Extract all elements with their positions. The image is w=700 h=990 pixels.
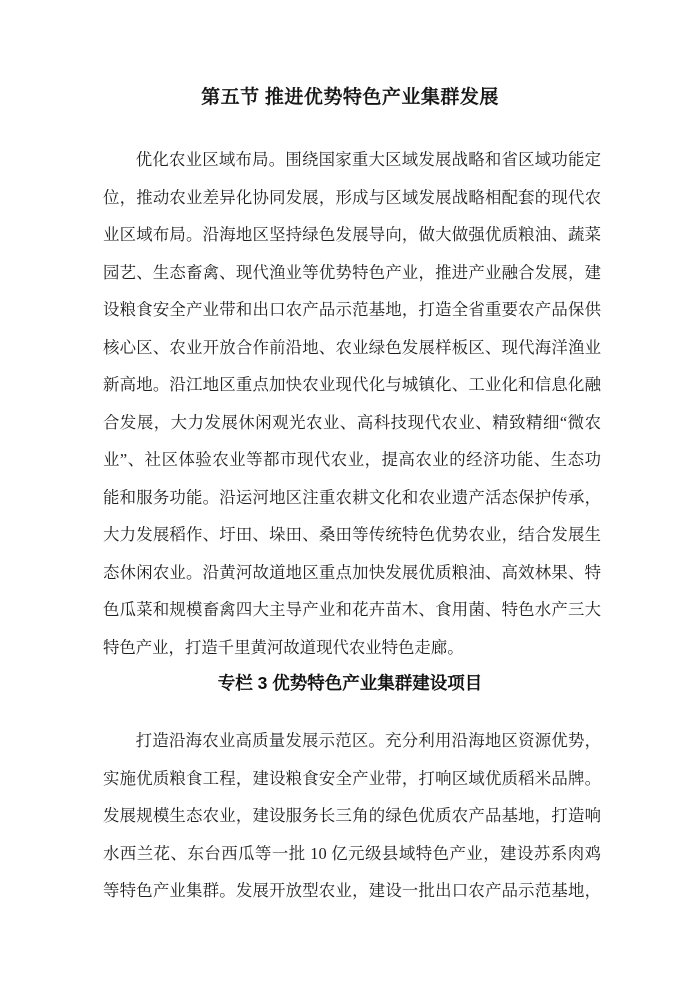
paragraph-line: 发展规模生态农业，建设服务长三角的绿色优质农产品基地，打造响 <box>103 797 601 835</box>
paragraph-line: 实施优质粮食工程，建设粮食安全产业带，打响区域优质稻米品牌。 <box>103 760 601 798</box>
paragraph-line: 核心区、农业开放合作前沿地、农业绿色发展样板区、现代海洋渔业 <box>103 329 601 367</box>
paragraph-line: 合发展，大力发展休闲观光农业、高科技现代农业、精致精细“微农 <box>103 404 601 442</box>
paragraph-line: 业”、社区体验农业等都市现代农业，提高农业的经济功能、生态功 <box>103 441 601 479</box>
paragraph-line: 优化农业区域布局。围绕国家重大区域发展战略和省区域功能定 <box>103 141 601 179</box>
paragraph-line: 设粮食安全产业带和出口农产品示范基地，打造全省重要农产品保供 <box>103 291 601 329</box>
paragraph-line: 位，推动农业差异化协同发展，形成与区域发展战略相配套的现代农 <box>103 179 601 217</box>
paragraph-line: 新高地。沿江地区重点加快农业现代化与城镇化、工业化和信息化融 <box>103 366 601 404</box>
paragraph-line: 园艺、生态畜禽、现代渔业等优势特色产业，推进产业融合发展，建 <box>103 254 601 292</box>
paragraph-line: 大力发展稻作、圩田、垛田、桑田等传统特色优势农业，结合发展生 <box>103 516 601 554</box>
document-page: 第五节 推进优势特色产业集群发展 优化农业区域布局。围绕国家重大区域发展战略和省… <box>0 0 700 990</box>
paragraph-coastal-demo-zone: 打造沿海农业高质量发展示范区。充分利用沿海地区资源优势， 实施优质粮食工程，建设… <box>103 722 601 910</box>
paragraph-line: 水西兰花、东台西瓜等一批 10 亿元级县域特色产业，建设苏系肉鸡 <box>103 835 601 873</box>
section-title: 第五节 推进优势特色产业集群发展 <box>0 86 700 110</box>
paragraph-line: 态休闲农业。沿黄河故道地区重点加快发展优质粮油、高效林果、特 <box>103 554 601 592</box>
paragraph-region-layout: 优化农业区域布局。围绕国家重大区域发展战略和省区域功能定 位，推动农业差异化协同… <box>103 141 601 666</box>
paragraph-line: 特色产业，打造千里黄河故道现代农业特色走廊。 <box>103 629 601 667</box>
paragraph-line: 色瓜菜和规模畜禽四大主导产业和花卉苗木、食用菌、特色水产三大 <box>103 591 601 629</box>
paragraph-line: 打造沿海农业高质量发展示范区。充分利用沿海地区资源优势， <box>103 722 601 760</box>
paragraph-line: 能和服务功能。沿运河地区注重农耕文化和农业遗产活态保护传承， <box>103 479 601 517</box>
box-title: 专栏 3 优势特色产业集群建设项目 <box>0 672 700 695</box>
paragraph-line: 业区域布局。沿海地区坚持绿色发展导向，做大做强优质粮油、蔬菜 <box>103 216 601 254</box>
paragraph-line: 等特色产业集群。发展开放型农业，建设一批出口农产品示范基地， <box>103 872 601 910</box>
